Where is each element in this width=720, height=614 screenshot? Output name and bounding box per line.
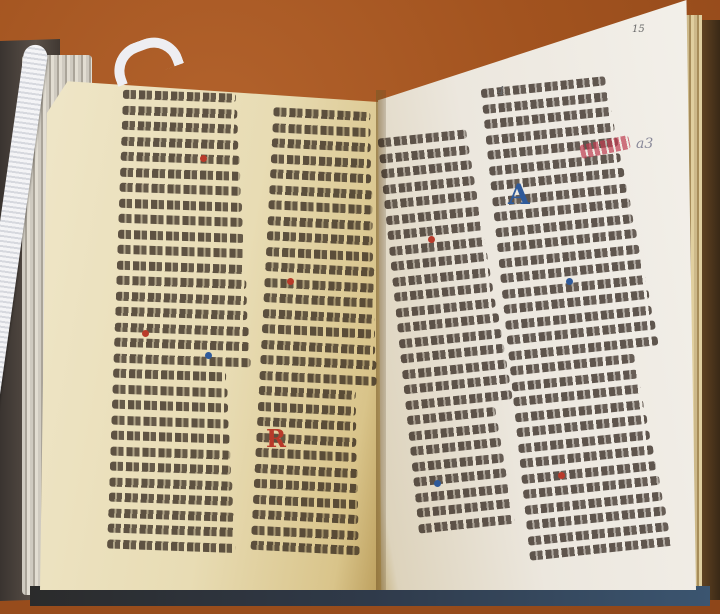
handwritten-line: [387, 221, 482, 240]
handwritten-line: [112, 400, 228, 413]
handwritten-line: [258, 401, 356, 415]
handwritten-line: [120, 167, 240, 180]
handwritten-line: [111, 415, 229, 428]
handwritten-line: [110, 462, 232, 475]
handwritten-line: [119, 183, 241, 196]
rubric-mark: [566, 278, 573, 285]
handwritten-line: [122, 121, 238, 134]
handwritten-line: [114, 353, 251, 367]
handwritten-line: [263, 293, 374, 308]
handwritten-line: [268, 216, 373, 230]
handwritten-line: [270, 169, 372, 183]
handwritten-line: [114, 338, 249, 352]
handwritten-line: [117, 245, 244, 258]
handwritten-line: [108, 523, 235, 536]
handwritten-line: [117, 260, 246, 273]
handwritten-line: [118, 229, 244, 242]
handwritten-line: [112, 384, 227, 397]
handwritten-line: [263, 308, 375, 323]
handwritten-line: [408, 422, 498, 440]
handwritten-line: [407, 407, 496, 425]
rubric-mark: [205, 352, 212, 359]
handwritten-line: [115, 307, 248, 321]
handwritten-line: [264, 277, 374, 292]
rubric-mark: [428, 236, 435, 243]
cord-bookmark-loop: [106, 29, 184, 87]
manuscript-photo: A R 4 15 a3 Open manuscript codex on a w…: [0, 0, 720, 614]
handwritten-line: [267, 231, 374, 246]
handwritten-line: [110, 446, 230, 459]
handwritten-line: [121, 136, 239, 149]
rubric-mark: [434, 480, 441, 487]
handwritten-line: [111, 431, 230, 444]
rubric-mark: [287, 278, 294, 285]
left-page-column-1: [107, 90, 261, 553]
handwritten-line: [260, 355, 376, 370]
handwritten-line: [384, 191, 477, 210]
handwritten-line: [115, 322, 249, 336]
folio-number: 15: [632, 24, 645, 35]
handwritten-line: [121, 152, 240, 165]
handwritten-line: [251, 525, 359, 540]
handwritten-line: [255, 463, 358, 477]
handwritten-line: [118, 214, 242, 227]
handwritten-line: [413, 468, 506, 487]
handwritten-line: [109, 477, 232, 490]
handwritten-line: [416, 499, 511, 518]
marginal-note: a3: [636, 136, 653, 152]
handwritten-line: [108, 508, 234, 521]
handwritten-line: [259, 386, 356, 400]
handwritten-line: [109, 492, 233, 505]
handwritten-line: [268, 200, 372, 214]
handwritten-line: [119, 198, 242, 211]
handwritten-line: [269, 185, 372, 199]
decorated-initial-r: R: [266, 424, 286, 453]
left-page-column-2: [250, 107, 391, 556]
handwritten-line: [253, 494, 358, 508]
rubric-mark: [558, 472, 565, 479]
handwritten-line: [382, 175, 474, 194]
handwritten-line: [410, 438, 501, 456]
handwritten-line: [113, 369, 226, 382]
column-marker: 4: [497, 84, 505, 98]
handwritten-line: [272, 138, 371, 152]
handwritten-line: [252, 510, 359, 525]
decorated-initial-a: A: [508, 178, 530, 211]
handwritten-line: [272, 123, 370, 137]
handwritten-line: [271, 154, 372, 168]
handwritten-line: [266, 247, 374, 262]
rubric-mark: [200, 155, 207, 162]
handwritten-line: [265, 262, 374, 277]
handwritten-line: [261, 339, 376, 354]
handwritten-line: [381, 160, 472, 178]
handwritten-line: [122, 105, 237, 118]
handwritten-line: [412, 453, 504, 472]
handwritten-line: [262, 324, 376, 339]
handwritten-line: [379, 145, 469, 163]
rubric-mark: [142, 330, 149, 337]
handwritten-line: [391, 252, 489, 271]
handwritten-line: [254, 479, 358, 493]
handwritten-line: [394, 282, 494, 301]
handwritten-line: [116, 291, 247, 305]
handwritten-line: [116, 276, 246, 290]
handwritten-line: [405, 390, 512, 410]
handwritten-line: [259, 370, 376, 385]
